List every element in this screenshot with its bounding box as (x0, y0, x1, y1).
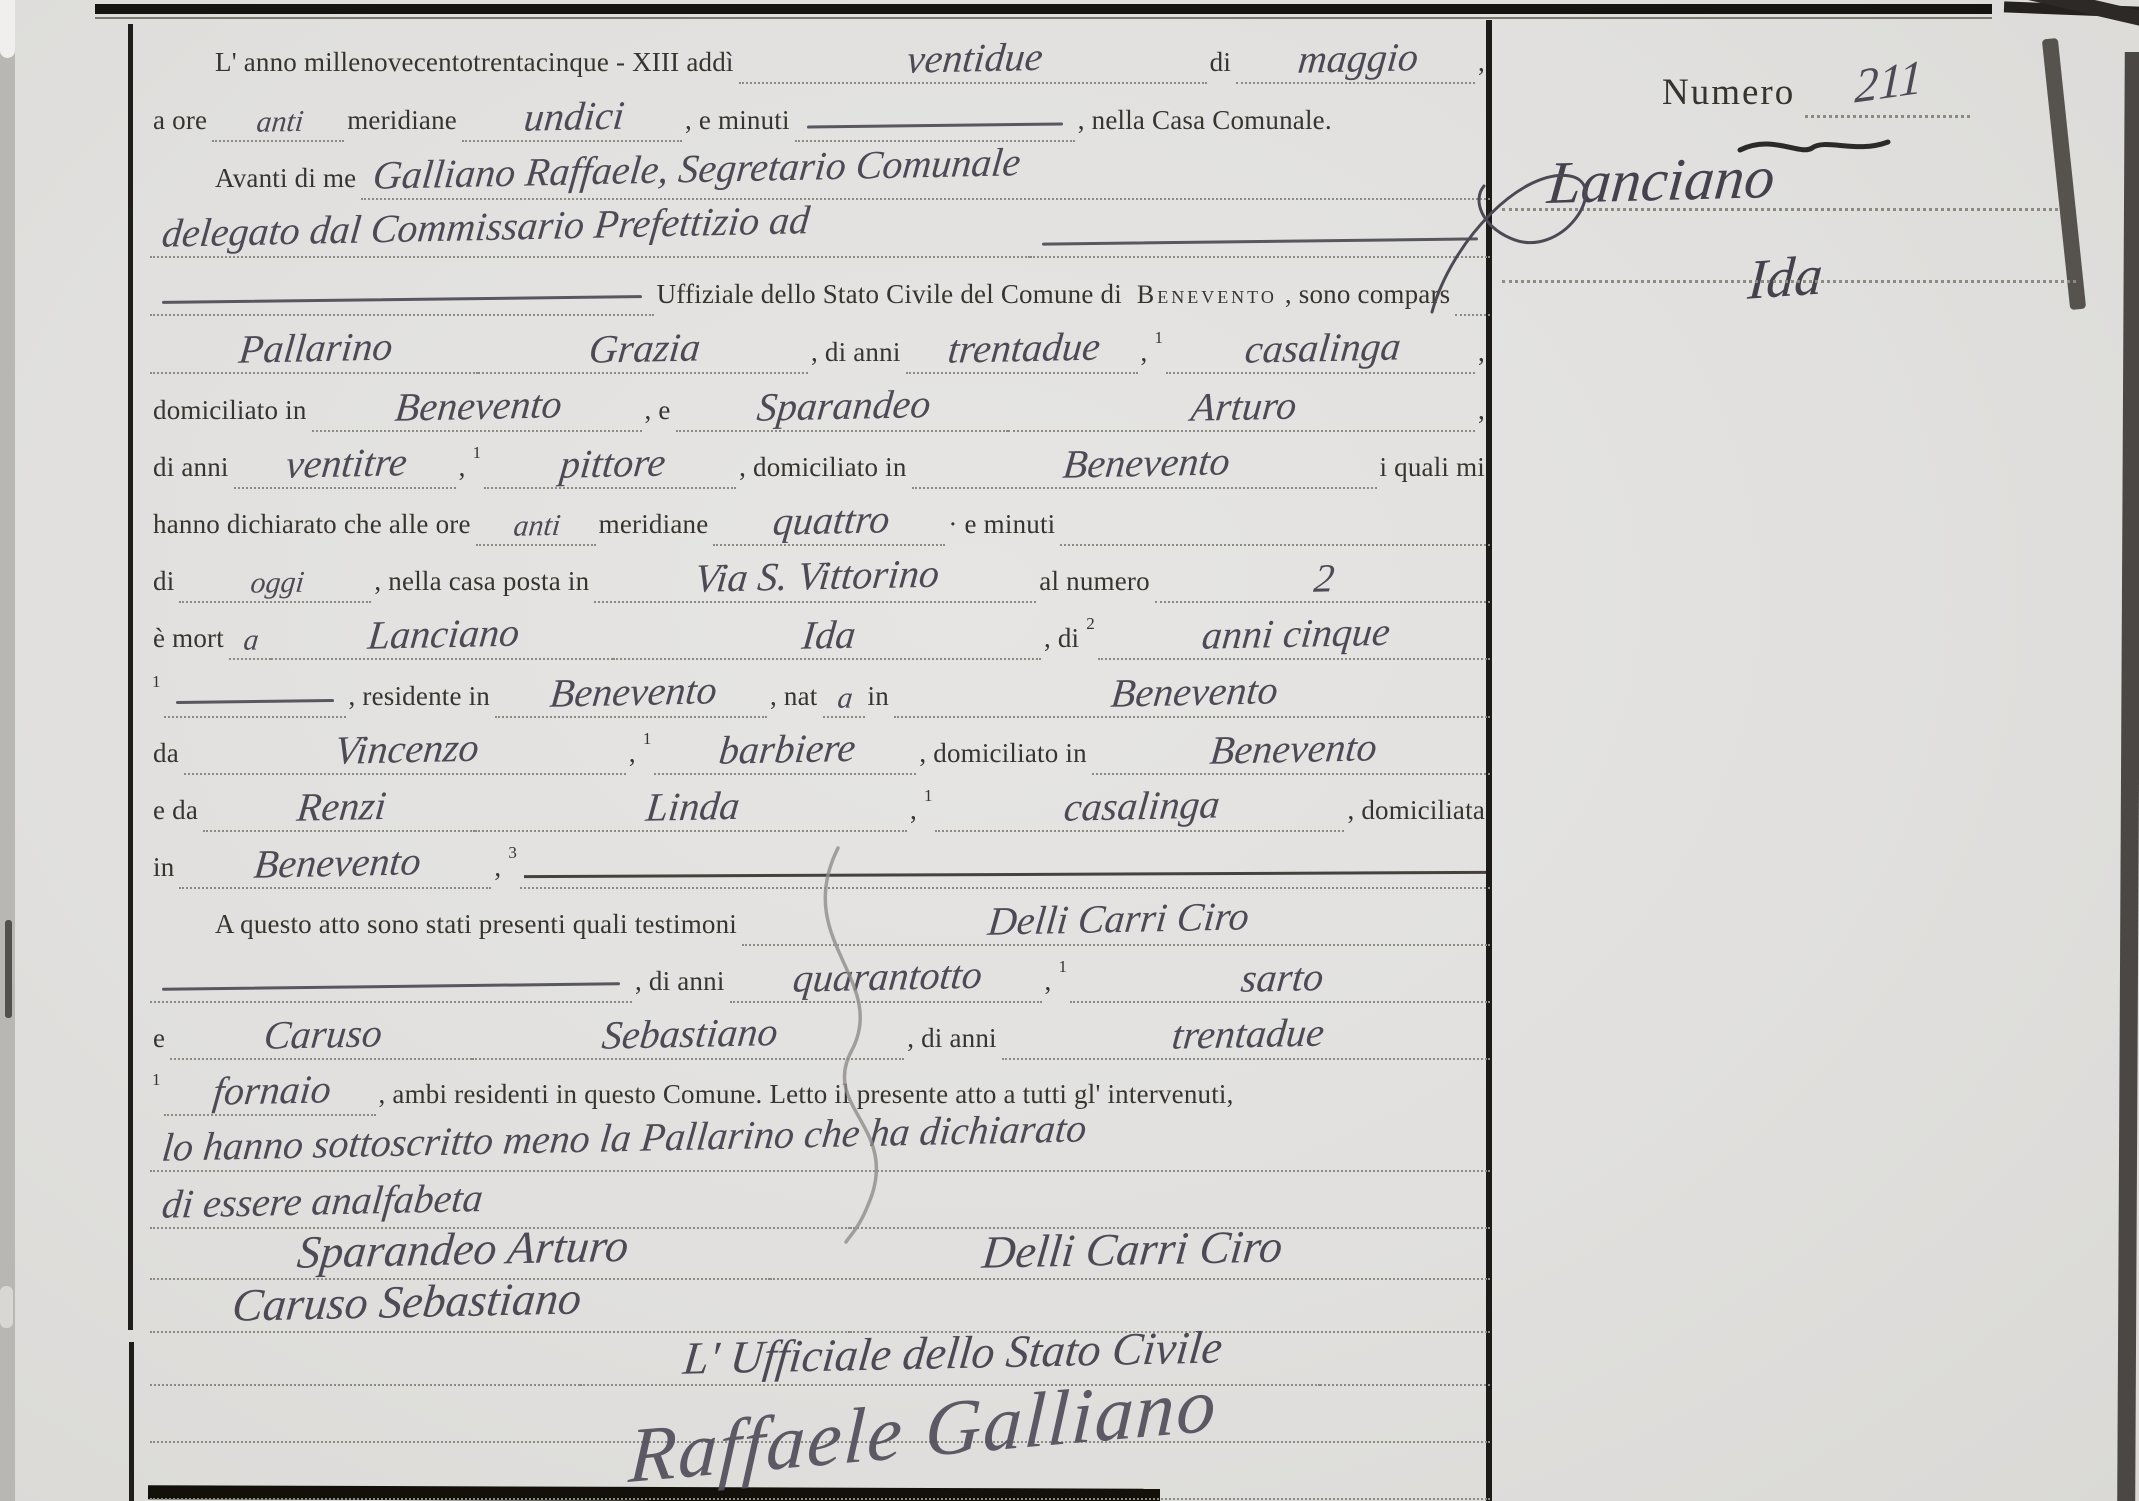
entry-declarant1-occupation: casalinga (1166, 330, 1475, 374)
entry-declarant2-firstname: Arturo (1008, 388, 1475, 432)
form-line-signatures1: Sparandeo Arturo Delli Carri Ciro (150, 1228, 1490, 1280)
printed-nella-casa: , nella casa posta in (371, 566, 594, 603)
printed-comma: , (491, 852, 506, 889)
entry-hour: undici (462, 98, 682, 142)
printed-di: di (150, 566, 179, 603)
form-line-witness1-detail: , di anni quarantotto , 1 sarto (150, 951, 1490, 1003)
printed-e: , e (642, 395, 676, 432)
left-scan-mark (0, 1286, 13, 1328)
printed-year: L' anno millenovecentotrentacinque - XII… (212, 47, 739, 84)
entry-declarant1-age: trentadue (906, 330, 1138, 374)
printed-di-anni: , di anni (904, 1023, 1002, 1060)
printed-comma: , (1042, 966, 1057, 1003)
pen-stroke (162, 982, 620, 991)
form-line-mother-residence: in Benevento , 3 (150, 837, 1490, 889)
dotted-filler (1060, 544, 1490, 546)
printed-a-ore: a ore (150, 105, 212, 142)
printed-benevento: Benevento (1134, 280, 1282, 316)
signature-witness1: Delli Carri Ciro (770, 1230, 1490, 1280)
margin-dotted-rule (1502, 280, 2076, 283)
entry-annotation: lo hanno sottoscritto meno la Pallarino … (150, 1128, 1490, 1172)
dotted-filler (1320, 1384, 1490, 1386)
entry-declarant2-age: ventitre (234, 445, 456, 489)
entry-witness1-occupation: sarto (1070, 959, 1490, 1003)
form-line-death-hour: hanno dichiarato che alle ore anti merid… (150, 494, 1490, 546)
printed-testimoni: A questo atto sono stati presenti quali … (212, 909, 742, 946)
entry-declarant2-surname: Sparandeo (676, 388, 1008, 432)
printed-di-anni: , di anni (808, 337, 906, 374)
numero-label: Numero (1662, 71, 1805, 118)
entry-act-number: 211 (1805, 65, 1970, 118)
entry-death-hour: quattro (713, 502, 945, 546)
entry-blank (150, 298, 654, 316)
entry-witness1-age: quarantotto (730, 959, 1042, 1003)
entry-witness2-firstname: Sebastiano (472, 1016, 904, 1060)
form-line-mother: e da Renzi Linda , 1 casalinga , domicil… (150, 780, 1490, 832)
entry-delegation-blank (1030, 240, 1490, 258)
pen-stroke (1042, 237, 1478, 245)
top-border-bar (95, 4, 1992, 14)
entry-official-name: Galliano Raffaele, Segretario Comunale (361, 156, 1490, 200)
entry-deceased-surname: Lanciano (271, 616, 613, 660)
entry-declarant2-occupation: pittore (484, 445, 736, 489)
printed-meridiane: meridiane (344, 105, 462, 142)
left-margin-rule (128, 24, 133, 1330)
act-number-row: Numero 211 (1662, 56, 1992, 118)
death-record-page: L' anno millenovecentotrentacinque - XII… (0, 0, 2139, 1501)
printed-di: , di (1041, 623, 1084, 660)
printed-footnote-1: 1 (150, 1070, 164, 1116)
printed-footnote-1: 1 (1153, 328, 1167, 374)
entry-crossed-blank (520, 873, 1490, 889)
entry-father-occupation: barbiere (654, 731, 916, 775)
margin-dotted-rule (1502, 208, 2058, 211)
printed-in: in (150, 852, 179, 889)
printed-e-mort: è mort (150, 623, 229, 660)
entry-father-residence: Benevento (1092, 731, 1490, 775)
form-line-declarant2-detail: di anni ventitre , 1 pittore , domicilia… (150, 437, 1490, 489)
printed-footnote-3: 3 (506, 843, 520, 889)
left-scan-edge (0, 0, 15, 1501)
printed-comma: , (1475, 47, 1490, 84)
entry-mother-firstname: Linda (475, 788, 907, 832)
entry-delegation-note: delegato dal Commissario Prefettizio ad (150, 214, 1030, 258)
entry-day-of-month: ventidue (739, 40, 1207, 84)
printed-e-minuti: · e minuti (945, 509, 1060, 546)
pen-stroke (524, 871, 1486, 878)
printed-i-quali-mi: i quali mi (1377, 452, 1491, 489)
right-page-edge (2042, 38, 2086, 310)
form-line-death-place: di oggi , nella casa posta in Via S. Vit… (150, 551, 1490, 603)
entry-declarant1-residence: Benevento (312, 388, 642, 432)
printed-footnote-1: 1 (471, 443, 485, 489)
left-margin-rule (129, 1342, 134, 1501)
printed-footnote-1: 1 (641, 729, 655, 775)
printed-domiciliato-in: , domiciliato in (916, 738, 1091, 775)
printed-comma: , (456, 452, 471, 489)
form-line-official: Avanti di me Galliano Raffaele, Segretar… (150, 148, 1490, 200)
printed-footnote-1: 1 (922, 786, 936, 832)
printed-hanno-dichiarato: hanno dichiarato che alle ore (150, 509, 476, 546)
entry-death-street: Via S. Vittorino (594, 559, 1036, 603)
form-line-closing: 1 fornaio , ambi residenti in questo Com… (150, 1064, 1490, 1116)
left-scan-mark (0, 0, 15, 58)
entry-death-meridian: anti (476, 512, 596, 546)
signature-declarant2: Sparandeo Arturo (150, 1230, 770, 1280)
dotted-filler (150, 1384, 580, 1386)
pen-stroke (162, 295, 642, 304)
dotted-filler (1455, 314, 1490, 316)
entry-mother-residence: Benevento (179, 845, 491, 889)
entry-blank-dash (164, 700, 346, 718)
entry-witness2-age: trentadue (1002, 1016, 1490, 1060)
form-line-delegation: delegato dal Commissario Prefettizio ad (150, 206, 1490, 258)
form-line-annotation1: lo hanno sottoscritto meno la Pallarino … (150, 1120, 1490, 1172)
entry-deceased-age: anni cinque (1098, 616, 1490, 660)
printed-comma: , (1475, 337, 1490, 374)
form-line-declarant1: Pallarino Grazia , di anni trentadue , 1… (150, 322, 1490, 374)
entry-mother-occupation: casalinga (935, 788, 1344, 832)
entry-meridian: anti (212, 108, 344, 142)
form-line-annotation2: di essere analfabeta (150, 1177, 1490, 1229)
form-line-officer-title: L' Ufficiale dello Stato Civile (150, 1334, 1490, 1386)
printed-di: di (1207, 47, 1236, 84)
entry-witness2-occupation: fornaio (164, 1072, 376, 1116)
printed-da: da (150, 738, 184, 775)
top-thin-rule (95, 17, 1992, 19)
form-line-comune: Uffiziale dello Stato Civile del Comune … (150, 264, 1490, 316)
form-line-witnesses: A questo atto sono stati presenti quali … (150, 894, 1490, 946)
printed-domiciliato-in: domiciliato in (150, 395, 312, 432)
printed-in: in (865, 681, 894, 718)
printed-footnote-2: 2 (1084, 614, 1098, 660)
left-scan-mark (5, 920, 12, 1018)
right-page-edge (2117, 52, 2139, 1501)
entry-mother-surname: Renzi (203, 788, 475, 832)
form-line-declarant2: domiciliato in Benevento , e Sparandeo A… (150, 380, 1490, 432)
pen-stroke (175, 699, 333, 704)
printed-domiciliato-in: , domiciliato in (736, 452, 911, 489)
form-line-signatures2: Caruso Sebastiano (150, 1281, 1490, 1333)
entry-witness1-name: Delli Carri Ciro (742, 902, 1490, 946)
printed-domiciliata: , domiciliata (1344, 795, 1490, 832)
entry-deceased-residence: Benevento (495, 674, 767, 718)
entry-father-firstname: Vincenzo (184, 731, 626, 775)
printed-footnote-1: 1 (1057, 957, 1071, 1003)
entry-deceased-firstname: Ida (613, 616, 1041, 660)
printed-e-da: e da (150, 795, 203, 832)
entry-month: maggio (1236, 40, 1475, 84)
printed-casa-comunale: , nella Casa Comunale. (1075, 105, 1337, 142)
margin-deceased-firstname: Ida (1746, 247, 1824, 309)
form-line-witness2: e Caruso Sebastiano , di anni trentadue (150, 1008, 1490, 1060)
printed-meridiane: meridiane (596, 509, 714, 546)
entry-gender-suffix: a (823, 684, 865, 718)
printed-footnote-1: 1 (150, 672, 164, 718)
form-line-residence-birth: 1 , residente in Benevento , nat a in Be… (150, 666, 1490, 718)
printed-comma: , (626, 738, 641, 775)
entry-minutes-blank (795, 124, 1075, 142)
printed-e-minuti: , e minuti (682, 105, 795, 142)
form-line-hour: a ore anti meridiane undici , e minuti ,… (150, 90, 1490, 142)
form-line-father: da Vincenzo , 1 barbiere , domiciliato i… (150, 723, 1490, 775)
printed-di-anni: , di anni (632, 966, 730, 1003)
signature-witness2: Caruso Sebastiano (150, 1283, 850, 1333)
printed-comma: , (1475, 395, 1490, 432)
entry-declarant1-surname: Pallarino (150, 330, 478, 374)
entry-blank-dash (150, 985, 632, 1003)
printed-residente-in: , residente in (346, 681, 496, 718)
printed-e: e (150, 1023, 170, 1060)
pen-stroke (807, 122, 1063, 128)
entry-witness2-surname: Caruso (170, 1016, 472, 1060)
printed-al-numero: al numero (1036, 566, 1155, 603)
entry-declarant1-firstname: Grazia (478, 330, 808, 374)
printed-avanti-di-me: Avanti di me (212, 163, 361, 200)
margin-deceased-surname: Lanciano (1545, 147, 1777, 213)
entry-gender-suffix: a (229, 626, 271, 660)
printed-comma: , (907, 795, 922, 832)
printed-nat: , nat (767, 681, 823, 718)
printed-sono-compars: , sono compars (1282, 279, 1456, 316)
printed-uffiziale: Uffiziale dello Stato Civile del Comune … (654, 279, 1134, 316)
printed-comma: , (1138, 337, 1153, 374)
entry-house-number: 2 (1155, 559, 1490, 603)
entry-death-day: oggi (179, 569, 371, 603)
printed-di-anni: di anni (150, 452, 234, 489)
entry-deceased-birthplace: Benevento (894, 674, 1490, 718)
form-line-date: L' anno millenovecentotrentacinque - XII… (150, 32, 1490, 84)
entry-declarant2-residence: Benevento (912, 445, 1377, 489)
dotted-filler (150, 1498, 1490, 1500)
form-line-deceased: è mort a Lanciano Ida , di 2 anni cinque (150, 608, 1490, 660)
